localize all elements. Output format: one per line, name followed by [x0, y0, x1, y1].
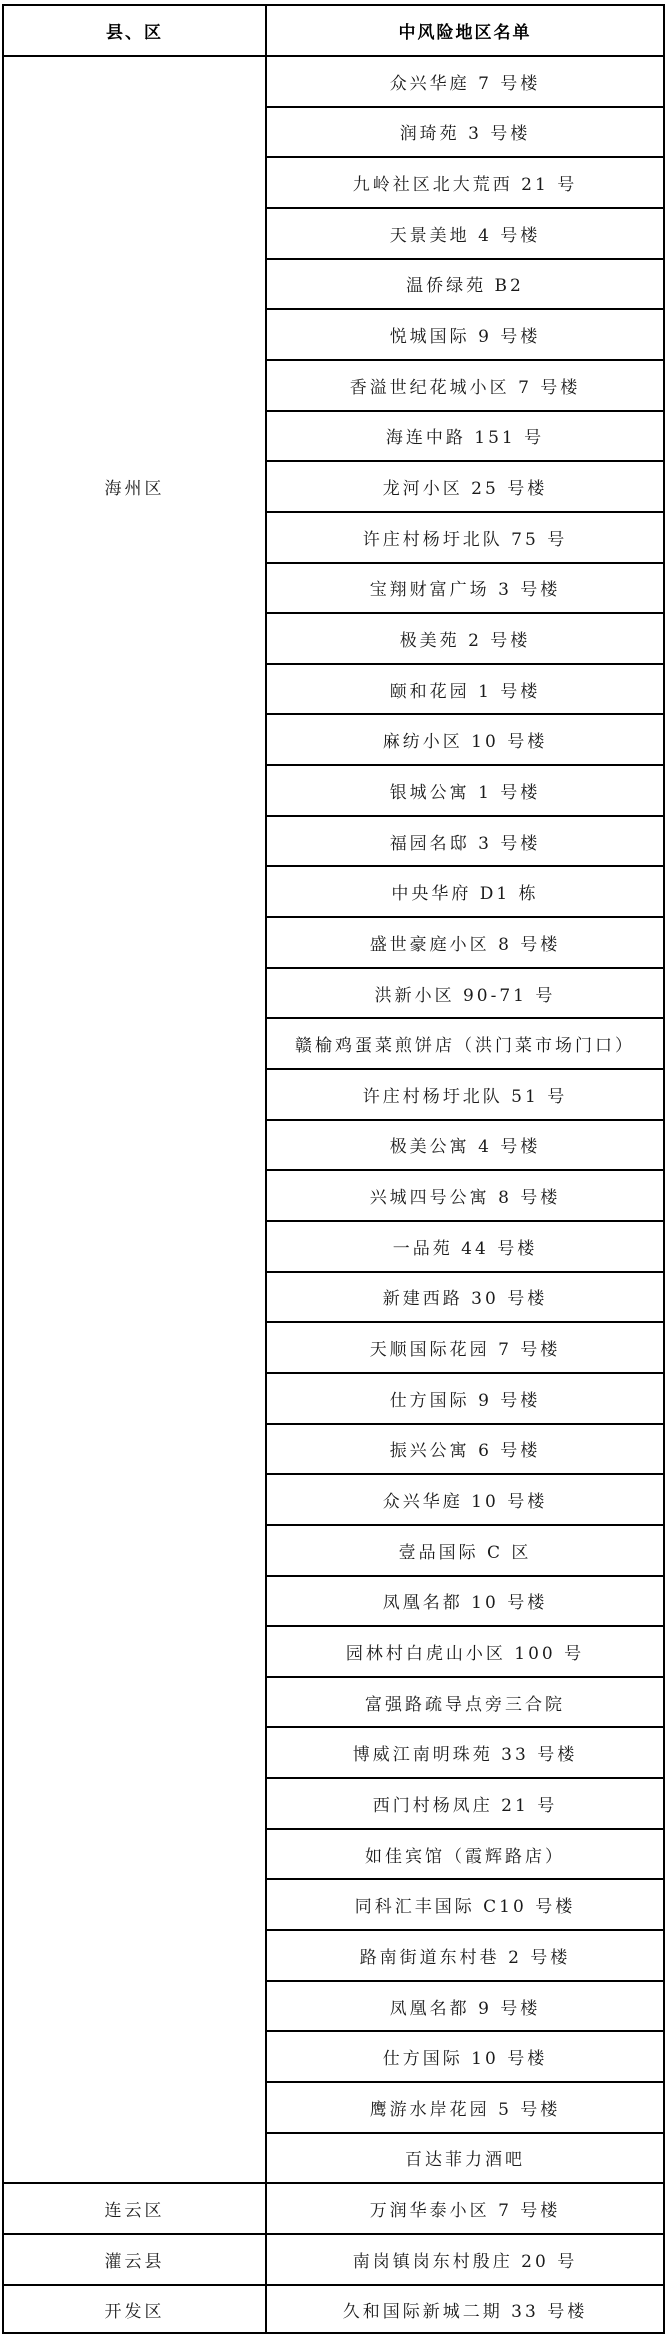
medium-risk-areas-table: 县、区 中风险地区名单 众兴华庭 7 号楼润琦苑 3 号楼九岭社区北大荒西 21… [2, 4, 665, 2334]
area-cell: 宝翔财富广场 3 号楼 [267, 564, 663, 613]
area-cell: 颐和花园 1 号楼 [267, 665, 663, 714]
area-cell: 仕方国际 10 号楼 [267, 2032, 663, 2081]
area-cell: 振兴公寓 6 号楼 [267, 1425, 663, 1474]
area-cell: 悦城国际 9 号楼 [267, 310, 663, 359]
area-cell: 众兴华庭 10 号楼 [267, 1475, 663, 1524]
header-county: 县、区 [4, 6, 265, 55]
area-cell: 麻纺小区 10 号楼 [267, 715, 663, 764]
area-cell: 温侨绿苑 B2 [267, 260, 663, 309]
area-cell: 天景美地 4 号楼 [267, 209, 663, 258]
county-cell: 灌云县 [4, 2235, 265, 2284]
area-cell: 兴城四号公寓 8 号楼 [267, 1171, 663, 1220]
area-cell: 路南街道东村巷 2 号楼 [267, 1931, 663, 1980]
area-cell: 龙河小区 25 号楼 [267, 462, 663, 511]
area-cell: 南岗镇岗东村殷庄 20 号 [267, 2235, 663, 2284]
area-cell: 盛世豪庭小区 8 号楼 [267, 918, 663, 967]
area-cell: 九岭社区北大荒西 21 号 [267, 158, 663, 207]
area-cell: 中央华府 D1 栋 [267, 867, 663, 916]
area-cell: 银城公寓 1 号楼 [267, 766, 663, 815]
county-cell: 海州区 [4, 462, 265, 511]
area-cell: 同科汇丰国际 C10 号楼 [267, 1880, 663, 1929]
area-cell: 壹品国际 C 区 [267, 1526, 663, 1575]
area-cell: 久和国际新城二期 33 号楼 [267, 2286, 663, 2335]
header-areas: 中风险地区名单 [267, 6, 663, 55]
area-cell: 许庄村杨圩北队 75 号 [267, 513, 663, 562]
area-cell: 海连中路 151 号 [267, 412, 663, 461]
area-cell: 仕方国际 9 号楼 [267, 1374, 663, 1423]
area-cell: 如佳宾馆（霞辉路店） [267, 1830, 663, 1879]
area-cell: 洪新小区 90-71 号 [267, 969, 663, 1018]
area-cell: 凤凰名都 10 号楼 [267, 1577, 663, 1626]
area-cell: 一品苑 44 号楼 [267, 1222, 663, 1271]
area-cell: 天顺国际花园 7 号楼 [267, 1323, 663, 1372]
area-cell: 新建西路 30 号楼 [267, 1273, 663, 1322]
area-cell: 香溢世纪花城小区 7 号楼 [267, 361, 663, 410]
county-cell: 连云区 [4, 2184, 265, 2233]
area-cell: 博威江南明珠苑 33 号楼 [267, 1728, 663, 1777]
county-cell: 开发区 [4, 2286, 265, 2335]
area-cell: 百达菲力酒吧 [267, 2134, 663, 2183]
area-cell: 众兴华庭 7 号楼 [267, 57, 663, 106]
area-cell: 极美公寓 4 号楼 [267, 1121, 663, 1170]
area-cell: 润琦苑 3 号楼 [267, 108, 663, 157]
area-cell: 西门村杨凤庄 21 号 [267, 1779, 663, 1828]
area-cell: 凤凰名都 9 号楼 [267, 1982, 663, 2031]
area-cell: 许庄村杨圩北队 51 号 [267, 1070, 663, 1119]
area-cell: 鹰游水岸花园 5 号楼 [267, 2083, 663, 2132]
area-cell: 极美苑 2 号楼 [267, 614, 663, 663]
area-cell: 赣榆鸡蛋菜煎饼店（洪门菜市场门口） [267, 1019, 663, 1068]
area-cell: 富强路疏导点旁三合院 [267, 1678, 663, 1727]
area-cell: 福园名邸 3 号楼 [267, 817, 663, 866]
area-cell: 园林村白虎山小区 100 号 [267, 1627, 663, 1676]
area-cell: 万润华泰小区 7 号楼 [267, 2184, 663, 2233]
